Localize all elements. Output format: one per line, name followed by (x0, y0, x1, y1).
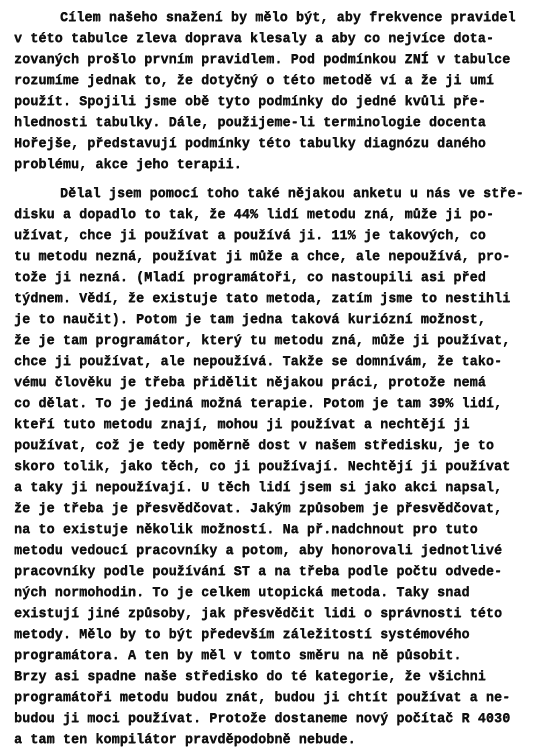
text-line: ných normohodin. To je celkem utopická m… (14, 583, 546, 604)
text-line: programátoři metodu budou znát, budou ji… (14, 688, 546, 709)
text-line: použít. Spojili jsme obě tyto podmínky d… (14, 92, 546, 113)
text-line: v této tabulce zleva doprava klesaly a a… (14, 29, 546, 50)
paragraph-1: Cílem našeho snažení by mělo být, aby fr… (14, 8, 546, 176)
text-line: kteří tuto metodu znají, mohou ji použív… (14, 415, 546, 436)
text-line: užívat, chce ji používat a používá ji. 1… (14, 226, 546, 247)
text-line: metody. Mělo by to být především záležit… (14, 625, 546, 646)
text-line: týdnem. Vědí, že existuje tato metoda, z… (14, 289, 546, 310)
text-line: budou ji moci používat. Protože dostanem… (14, 709, 546, 730)
paragraph-first-line: Cílem našeho snažení by mělo být, aby fr… (14, 8, 546, 29)
text-line: tu metodu nezná, používat ji může a chce… (14, 247, 546, 268)
text-line: hlednosti tabulky. Dále, použijeme-li te… (14, 113, 546, 134)
text-line: Hořejše, představují podmínky této tabul… (14, 134, 546, 155)
text-line: a tam ten kompilátor pravděpodobně nebud… (14, 730, 546, 747)
text-line: vému člověku je třeba přidělit nějakou p… (14, 373, 546, 394)
text-line: programátora. A ten by měl v tomto směru… (14, 646, 546, 667)
text-line: Brzy asi spadne naše středisko do té kat… (14, 667, 546, 688)
text-line: je to naučit). Potom je tam jedna taková… (14, 310, 546, 331)
text-line: na to existuje několik možností. Na př.n… (14, 520, 546, 541)
text-line: a taky ji nepoužívají. U těch lidí jsem … (14, 478, 546, 499)
paragraph-2: Dělal jsem pomocí toho také nějakou anke… (14, 184, 546, 747)
text-line: metodu vedoucí pracovníky a potom, aby h… (14, 541, 546, 562)
text-line: existují jiné způsoby, jak přesvědčit li… (14, 604, 546, 625)
text-line: že je třeba je přesvědčovat. Jakým způso… (14, 499, 546, 520)
text-line: co dělat. To je jediná možná terapie. Po… (14, 394, 546, 415)
text-line: že je tam programátor, který tu metodu z… (14, 331, 546, 352)
text-line: tože ji nezná. (Mladí programátoři, co n… (14, 268, 546, 289)
text-line: disku a dopadlo to tak, že 44% lidí meto… (14, 205, 546, 226)
text-line: zovaných prošlo prvním pravidlem. Pod po… (14, 50, 546, 71)
text-line: rozumíme jednak to, že dotyčný o této me… (14, 71, 546, 92)
text-line: skoro tolik, jako těch, co ji používají.… (14, 457, 546, 478)
text-line: pracovníky podle používání ST a na třeba… (14, 562, 546, 583)
typewritten-page: Cílem našeho snažení by mělo být, aby fr… (0, 0, 552, 747)
paragraph-first-line: Dělal jsem pomocí toho také nějakou anke… (14, 184, 546, 205)
text-line: používat, což je tedy poměrně dost v naš… (14, 436, 546, 457)
text-line: problému, akce jeho terapii. (14, 155, 546, 176)
text-line: chce ji používat, ale nepoužívá. Takže s… (14, 352, 546, 373)
